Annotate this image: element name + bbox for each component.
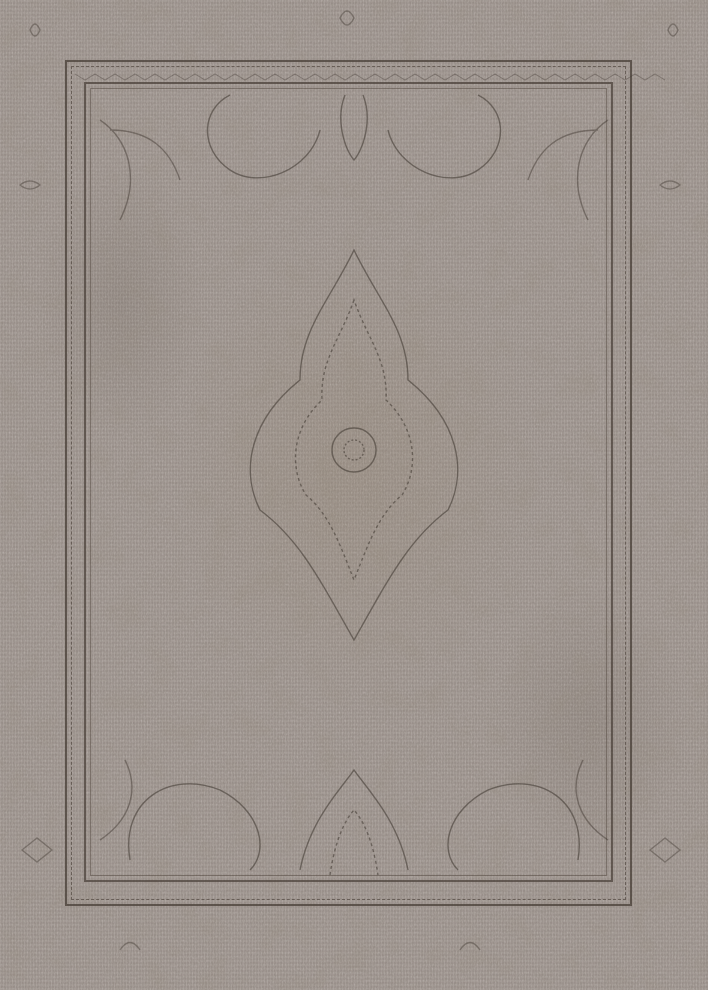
rug-ornaments	[0, 0, 708, 990]
central-medallion-icon	[250, 250, 457, 640]
bottom-scroll-motif-icon	[129, 770, 580, 875]
top-scroll-motif-icon	[208, 95, 501, 178]
border-band-pattern	[75, 74, 665, 80]
corner-floral-icon	[100, 120, 608, 840]
rug-photo	[0, 0, 708, 990]
